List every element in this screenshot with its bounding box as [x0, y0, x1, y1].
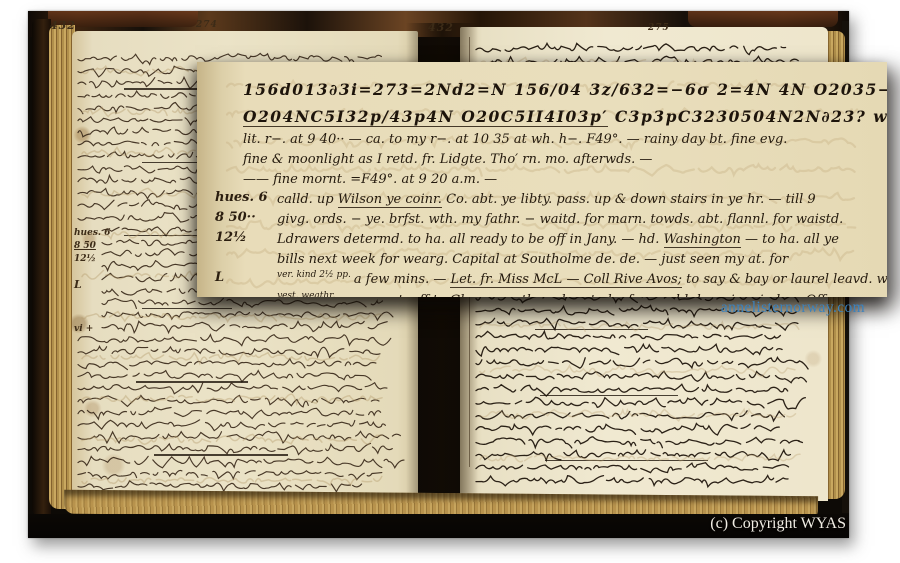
margin-note: 8 50	[74, 241, 96, 251]
leather-corner-right	[688, 11, 838, 27]
watermark-link[interactable]: annelisternorway.com	[700, 299, 886, 317]
inset-line: 8 50··givg. ords. − ye. brfst. wth. my f…	[215, 210, 881, 230]
inset-line: yest. weathr.were sent. off to Glasgow w…	[215, 291, 881, 297]
inset-line: bills next week for wearg. Capital at So…	[215, 250, 881, 270]
right-page-number-432: 432	[428, 21, 454, 34]
margin-note: 12½	[74, 254, 96, 264]
margin-note: L	[74, 278, 82, 291]
inset-handwriting-lines: 156d013∂3i=273=2Nd2=N 156/04 3z/632=−6σ …	[197, 62, 887, 297]
inset-line: —— fine mornt. =F49°. at 9 20 a.m. —	[215, 170, 881, 190]
right-page-folio-275: 275	[648, 23, 670, 33]
margin-note: vi +	[74, 324, 93, 334]
inset-line: 12½Ldrawers determd. to ha. all ready to…	[215, 230, 881, 250]
magnified-inset: 156d013∂3i=273=2Nd2=N 156/04 3z/632=−6σ …	[197, 62, 887, 297]
left-page-number-432: 432	[50, 19, 76, 32]
margin-note: hues. 6	[74, 228, 110, 238]
inset-line: lit. r−. at 9 40·· — ca. to my r−. at 10…	[215, 130, 881, 150]
inset-line: hues. 6calld. up Wilson ye coinr. Co. ab…	[215, 190, 881, 210]
copyright-label: (c) Copyright WYAS	[698, 515, 846, 533]
screenshot-canvas: hues. 68 5012½Lvi + 432 274 432 275 156d…	[0, 0, 900, 563]
inset-line: O204NC5Ι32p/43p4N O20C5ΙΙ4Ι03p′ C3p3pC32…	[215, 103, 881, 130]
inset-line: Lver. kind 2½ pp.a few mins. — Let. fr. …	[215, 270, 881, 291]
inset-line: 156d013∂3i=273=2Nd2=N 156/04 3z/632=−6σ …	[215, 76, 881, 103]
inset-line: fine & moonlight as I retd. fr. Lidgte. …	[215, 150, 881, 170]
left-page-folio-274: 274	[196, 20, 218, 30]
